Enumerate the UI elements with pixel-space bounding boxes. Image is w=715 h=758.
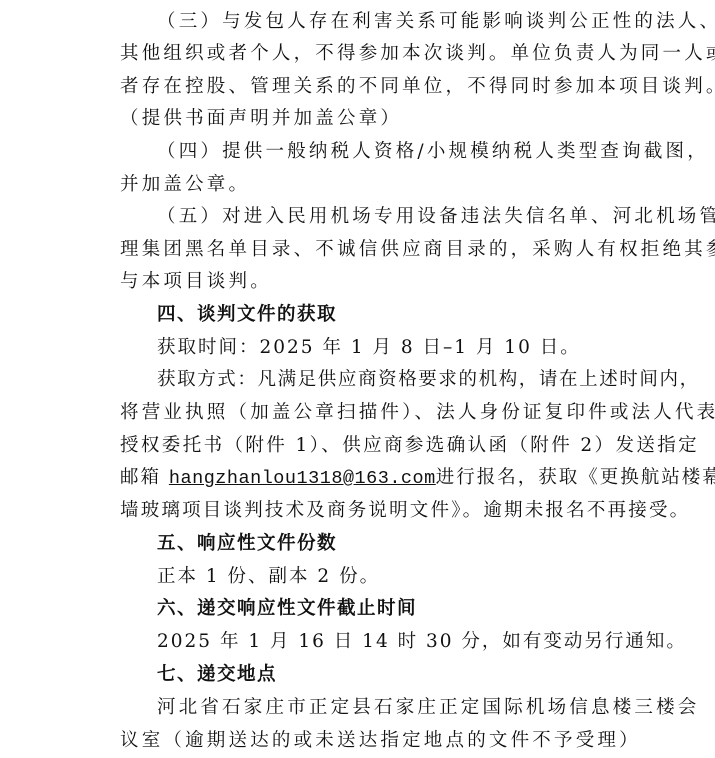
email-label: 邮箱 — [120, 467, 169, 488]
acquisition-method-line-1: 获取方式：凡满足供应商资格要求的机构，请在上述时间内， — [157, 368, 677, 392]
acquisition-method-line-3: 授权委托书（附件 1）、供应商参选确认函（附件 2）发送指定 — [120, 434, 640, 458]
section-6-heading: 六、递交响应性文件截止时间 — [157, 597, 677, 621]
clause-5-line-1: （五）对进入民用机场专用设备违法失信名单、河北机场管 — [157, 205, 677, 229]
section-4-heading: 四、谈判文件的获取 — [157, 303, 677, 327]
section-5-body: 正本 1 份、副本 2 份。 — [157, 565, 677, 589]
clause-3-line-3: 者存在控股、管理关系的不同单位，不得同时参加本项目谈判。 — [120, 75, 640, 99]
acquisition-time: 获取时间：2025 年 1 月 8 日–1 月 10 日。 — [157, 336, 677, 360]
section-6-body: 2025 年 1 月 16 日 14 时 30 分，如有变动另行通知。 — [157, 630, 677, 654]
email-suffix: 进行报名，获取《更换航站楼幕 — [436, 467, 715, 488]
email-link[interactable]: hangzhanlou1318@163.com — [169, 468, 436, 489]
clause-5-line-2: 理集团黑名单目录、不诚信供应商目录的，采购人有权拒绝其参 — [120, 238, 640, 262]
clause-3-line-1: （三）与发包人存在利害关系可能影响谈判公正性的法人、 — [157, 10, 677, 34]
section-7-body-line-1: 河北省石家庄市正定县石家庄正定国际机场信息楼三楼会 — [157, 696, 677, 720]
section-5-heading: 五、响应性文件份数 — [157, 532, 677, 556]
section-7-heading: 七、递交地点 — [157, 663, 677, 687]
section-7-body-line-2: 议室（逾期送达的或未送达指定地点的文件不予受理） — [120, 729, 640, 753]
clause-3-line-2: 其他组织或者个人，不得参加本次谈判。单位负责人为同一人或 — [120, 42, 640, 66]
acquisition-method-line-5: 墙玻璃项目谈判技术及商务说明文件》。逾期未报名不再接受。 — [120, 499, 640, 523]
clause-3-line-4: （提供书面声明并加盖公章） — [120, 107, 640, 131]
clause-5-line-3: 与本项目谈判。 — [120, 270, 640, 294]
clause-4-line-1: （四）提供一般纳税人资格/小规模纳税人类型查询截图， — [157, 140, 677, 164]
acquisition-method-line-2: 将营业执照（加盖公章扫描件）、法人身份证复印件或法人代表 — [120, 401, 640, 425]
acquisition-method-line-4: 邮箱 hangzhanlou1318@163.com进行报名，获取《更换航站楼幕 — [120, 466, 640, 491]
clause-4-line-2: 并加盖公章。 — [120, 173, 640, 197]
document-page: （三）与发包人存在利害关系可能影响谈判公正性的法人、 其他组织或者个人，不得参加… — [0, 0, 715, 758]
